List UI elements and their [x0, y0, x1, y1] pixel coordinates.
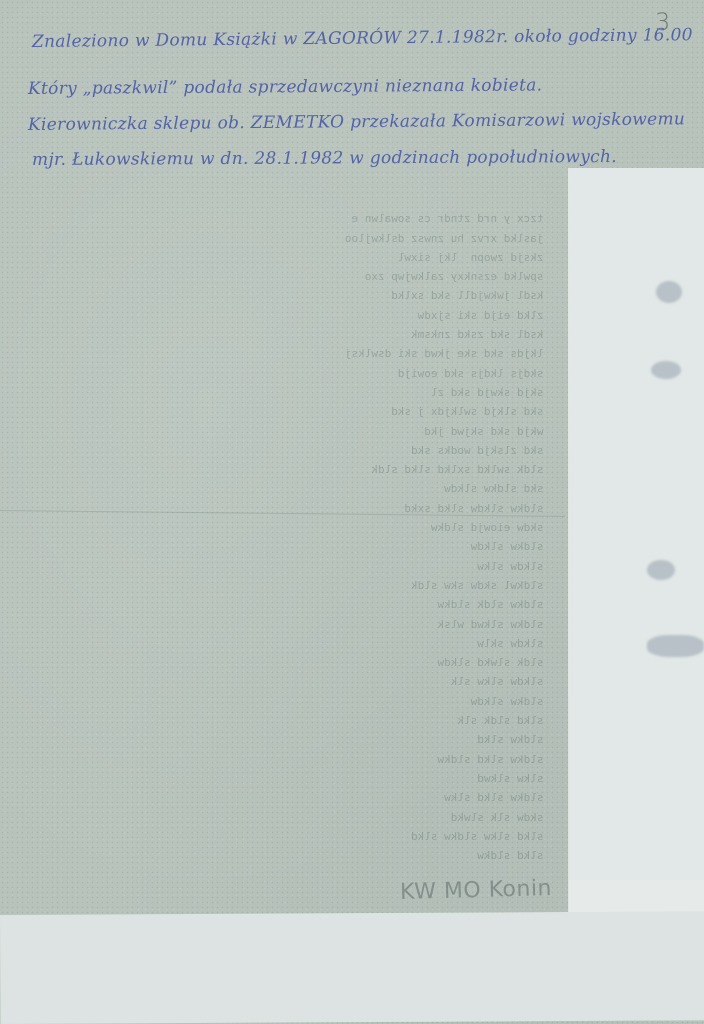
handwritten-line: Kierowniczka sklepu ob. ZEMETKO przekaza…: [28, 109, 685, 135]
handwritten-line: mjr. Łukowskiemu w dn. 28.1.1982 w godzi…: [32, 147, 617, 170]
punch-hole-mark: [647, 560, 675, 580]
punch-hole-mark: [647, 635, 704, 657]
show-through-typewriting: tzcx y nrd ztndr cs sowalwn e jaslkd xrv…: [180, 190, 570, 870]
punch-hole-mark: [651, 361, 681, 379]
punch-hole-mark: [656, 281, 682, 303]
handwritten-line: Znaleziono w Domu Książki w ZAGORÓW 27.1…: [32, 25, 693, 52]
tissue-overlay-bottom: [0, 911, 704, 1024]
document-page: tzcx y nrd ztndr cs sowalwn e jaslkd xrv…: [0, 0, 704, 1024]
handwritten-line: Który „paszkwil” podała sprzedawczyni ni…: [28, 75, 543, 99]
tissue-overlay-right: [569, 168, 704, 928]
archive-stamp: KW MO Konin: [400, 876, 553, 905]
